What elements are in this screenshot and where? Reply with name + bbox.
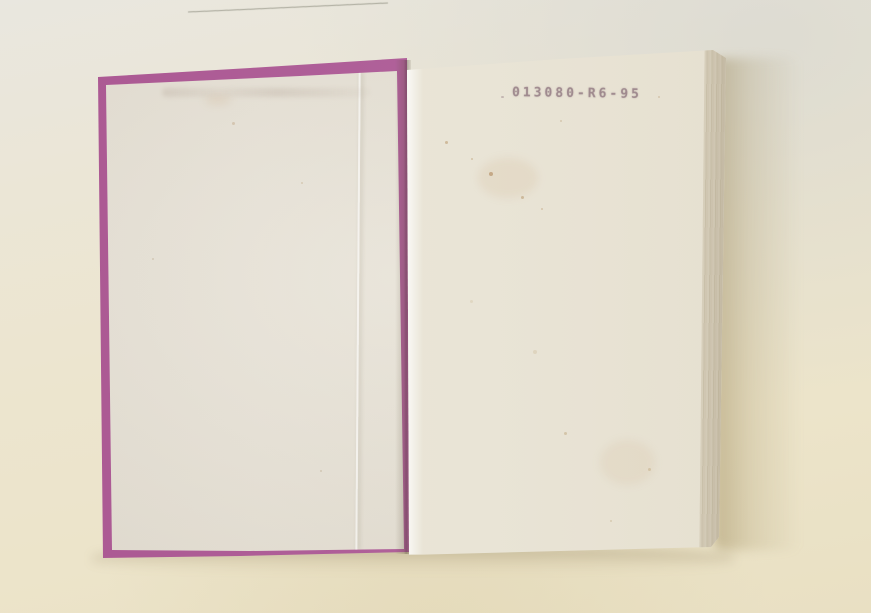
stain-spot [152, 258, 154, 260]
stamp-dot-mark [501, 96, 504, 98]
stain-spot [533, 350, 537, 354]
stain-spot [610, 520, 612, 522]
stain-spot [470, 300, 473, 303]
faded-ink-offset-marks [162, 88, 370, 97]
stain-spot [564, 432, 567, 435]
stain-spot [648, 468, 651, 471]
page-crease [355, 72, 360, 550]
stain-spot [320, 470, 322, 472]
stain-spot [471, 158, 473, 160]
book-shadow-right [714, 58, 800, 550]
stain-spot [560, 120, 562, 122]
stain-spot [521, 196, 524, 199]
stain-patch [205, 95, 231, 105]
stain-patch [478, 158, 538, 198]
stain-spot [489, 172, 493, 176]
stain-spot [232, 122, 235, 125]
stain-spot [301, 182, 303, 184]
page-fold-highlight [407, 64, 423, 554]
stain-patch [600, 440, 655, 485]
stain-spot [445, 141, 448, 144]
stain-spot [658, 96, 660, 98]
stain-spot [541, 208, 543, 210]
library-number-stamp: 013080-R6-95 [512, 85, 642, 102]
photo-open-book: 013080-R6-95 [0, 0, 871, 613]
